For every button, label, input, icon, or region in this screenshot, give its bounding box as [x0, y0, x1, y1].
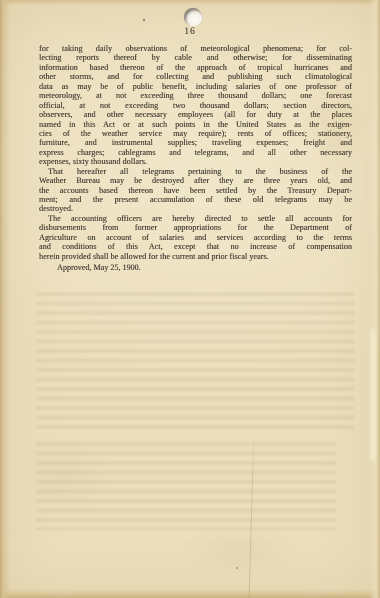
paper-speck	[143, 19, 145, 21]
text-line: expenses, sixty thousand dollars.	[39, 157, 352, 166]
hole-punch	[184, 8, 202, 26]
page-edge-highlight	[371, 330, 375, 460]
text-line: ment; and the present accumulation of th…	[39, 195, 352, 204]
body-text: for taking daily observations of meteoro…	[39, 44, 352, 261]
text-line: other storms, and for collecting and pub…	[39, 72, 352, 81]
book-page: 16 for taking daily observations of mete…	[0, 0, 380, 598]
text-line: Agriculture on account of salaries and s…	[39, 233, 352, 242]
text-line: furniture, and instrumental supplies; tr…	[39, 138, 352, 147]
text-line: disbursements from former appropriations…	[39, 223, 352, 232]
text-line: lecting reports thereof by cable and oth…	[39, 53, 352, 62]
bleed-through-texture	[36, 442, 336, 530]
text-line: destroyed.	[39, 204, 352, 213]
text-line: for taking daily observations of meteoro…	[39, 44, 352, 53]
text-line: observers, and other necessary employees…	[39, 110, 352, 119]
approval-line: Approved, May 25, 1900.	[39, 263, 352, 272]
text-line: named in this Act or at such points in t…	[39, 120, 352, 129]
text-line: meteorology, at not exceeding three thou…	[39, 91, 352, 100]
text-line: That hereafter all telegrams pertaining …	[39, 167, 352, 176]
text-line: herein provided shall be allowed for the…	[39, 252, 352, 261]
page-number: 16	[0, 27, 380, 37]
text-line: express charges; cablegrams and telegram…	[39, 148, 352, 157]
text-line: The accounting officers are hereby direc…	[39, 214, 352, 223]
paper-speck	[236, 567, 238, 569]
text-line: data as may be of public benefit, includ…	[39, 82, 352, 91]
text-line: the accounts based thereon have been set…	[39, 186, 352, 195]
text-line: Weather Bureau may be destroyed after th…	[39, 176, 352, 185]
text-line: information based thereon of the approac…	[39, 63, 352, 72]
bleed-through-texture	[36, 292, 354, 434]
text-line: cies of the weather service may require)…	[39, 129, 352, 138]
text-line: and conditions of this Act, except that …	[39, 242, 352, 251]
text-line: official, at not exceeding two thousand …	[39, 101, 352, 110]
paper-speck	[47, 236, 49, 238]
